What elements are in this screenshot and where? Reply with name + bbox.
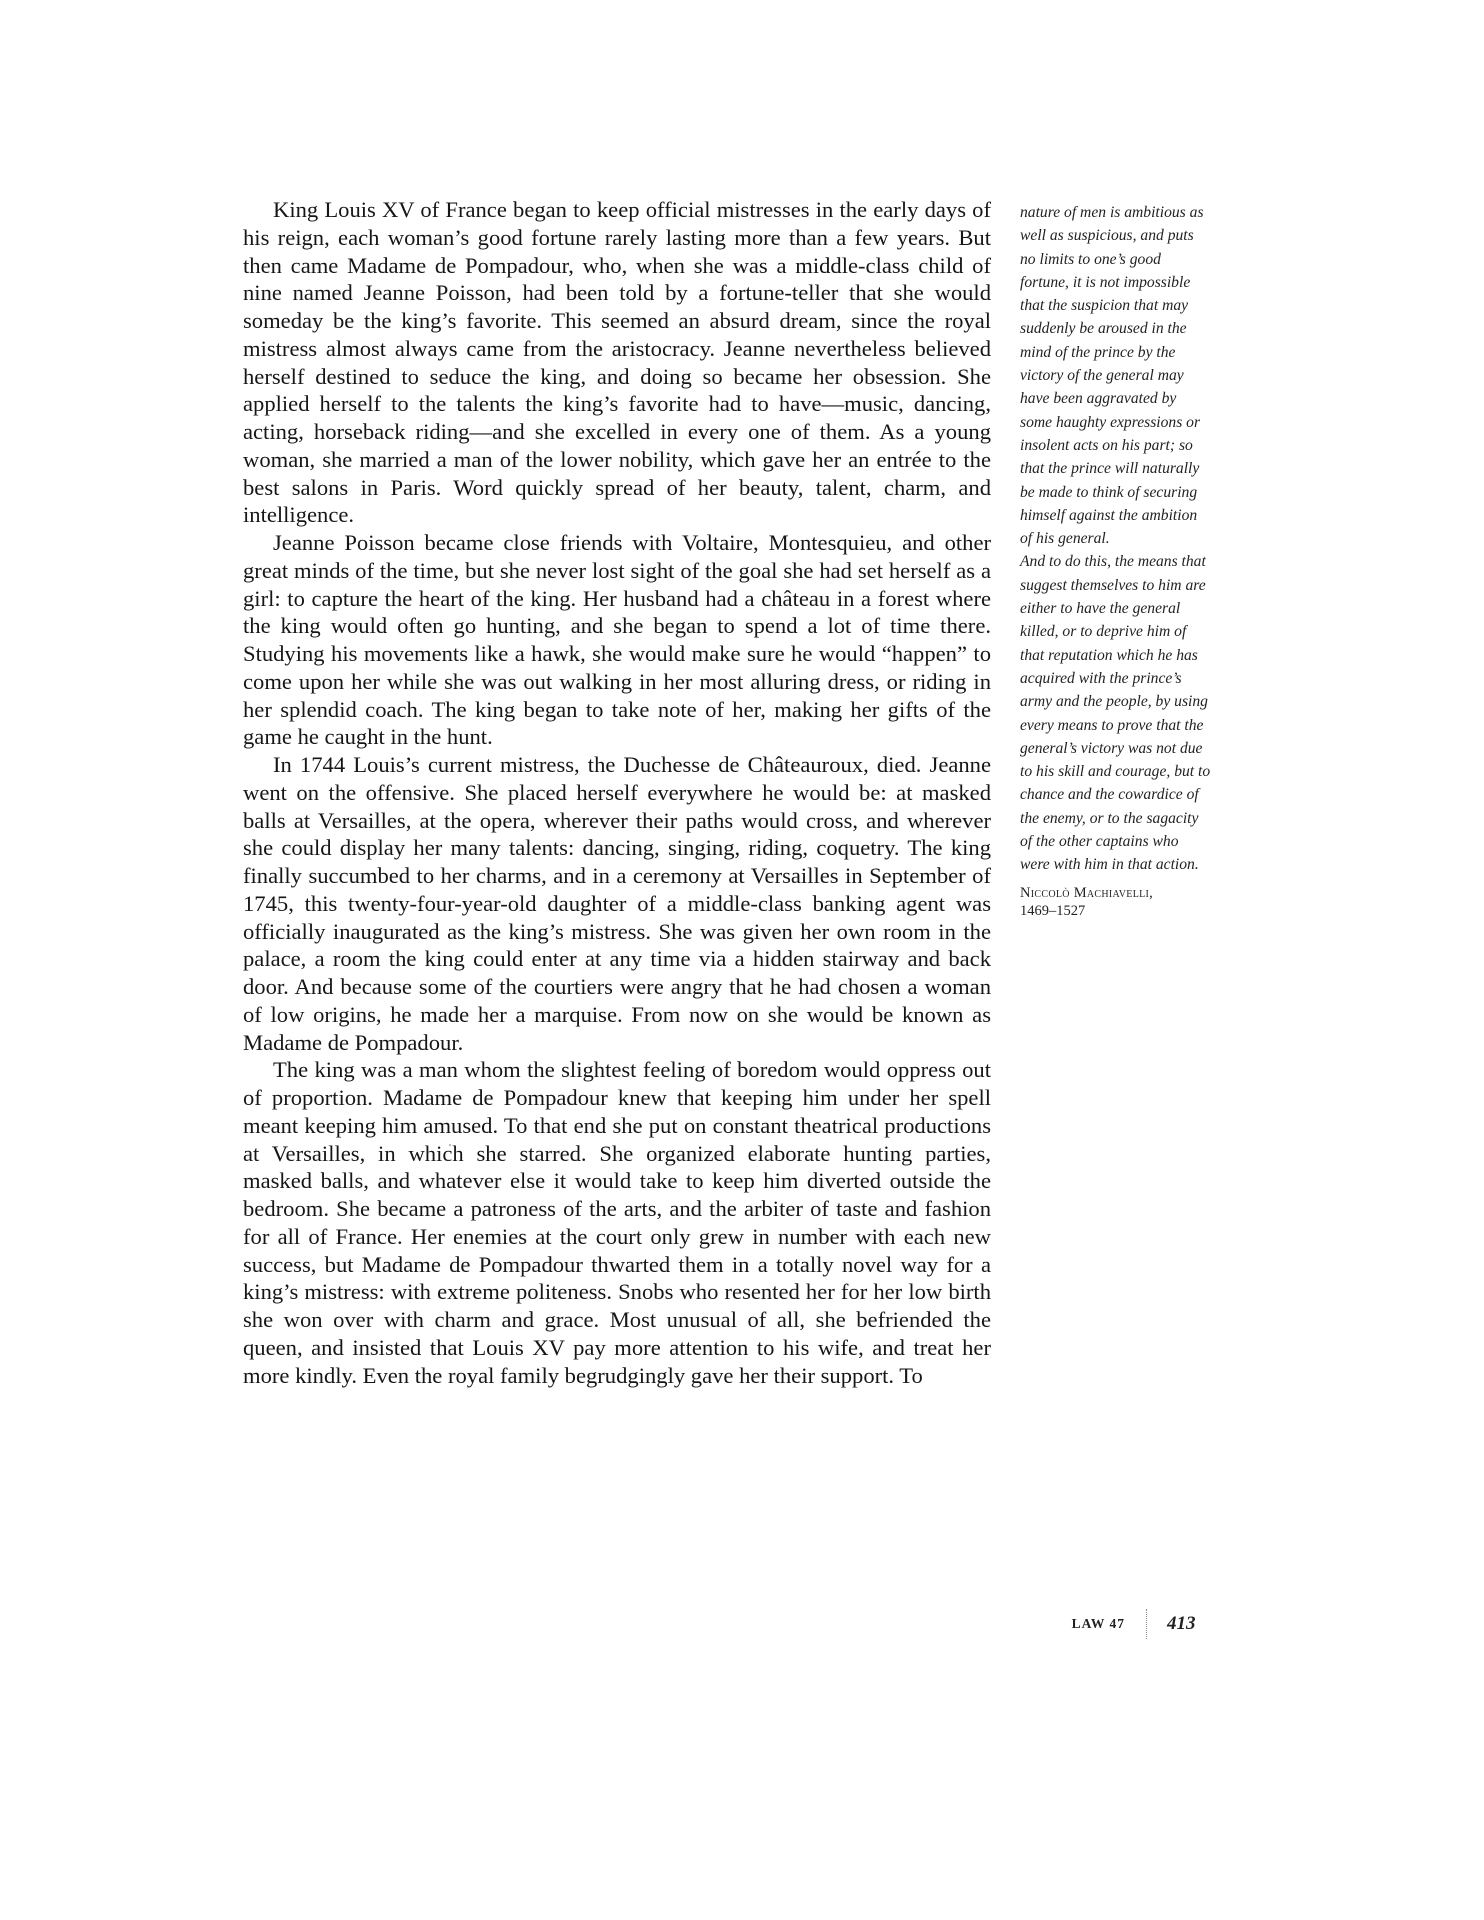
paragraph-3: In 1744 Louis’s current mistress, the Du… [243,751,991,1056]
quote-author-dates: 1469–1527 [1020,902,1212,920]
quote-attribution: Niccolò Machiavelli, 1469–1527 [1020,884,1212,920]
page-number: 413 [1167,1613,1196,1635]
paragraph-4: The king was a man whom the slightest fe… [243,1056,991,1389]
page-footer: LAW 47 413 [1060,1604,1220,1644]
chapter-label: LAW 47 [1060,1616,1125,1632]
main-body-text: King Louis XV of France began to keep of… [243,196,991,1389]
paragraph-2: Jeanne Poisson became close friends with… [243,529,991,751]
paragraph-1: King Louis XV of France began to keep of… [243,196,991,529]
scan-speck [449,1144,451,1146]
footer-divider [1146,1609,1147,1639]
margin-quote: nature of men is ambi­tious as well as s… [1020,201,1212,920]
quote-part-2: And to do this, the means that suggest t… [1020,550,1212,876]
quote-part-1: nature of men is ambi­tious as well as s… [1020,201,1212,550]
quote-author: Niccolò Machiavelli, [1020,884,1212,902]
